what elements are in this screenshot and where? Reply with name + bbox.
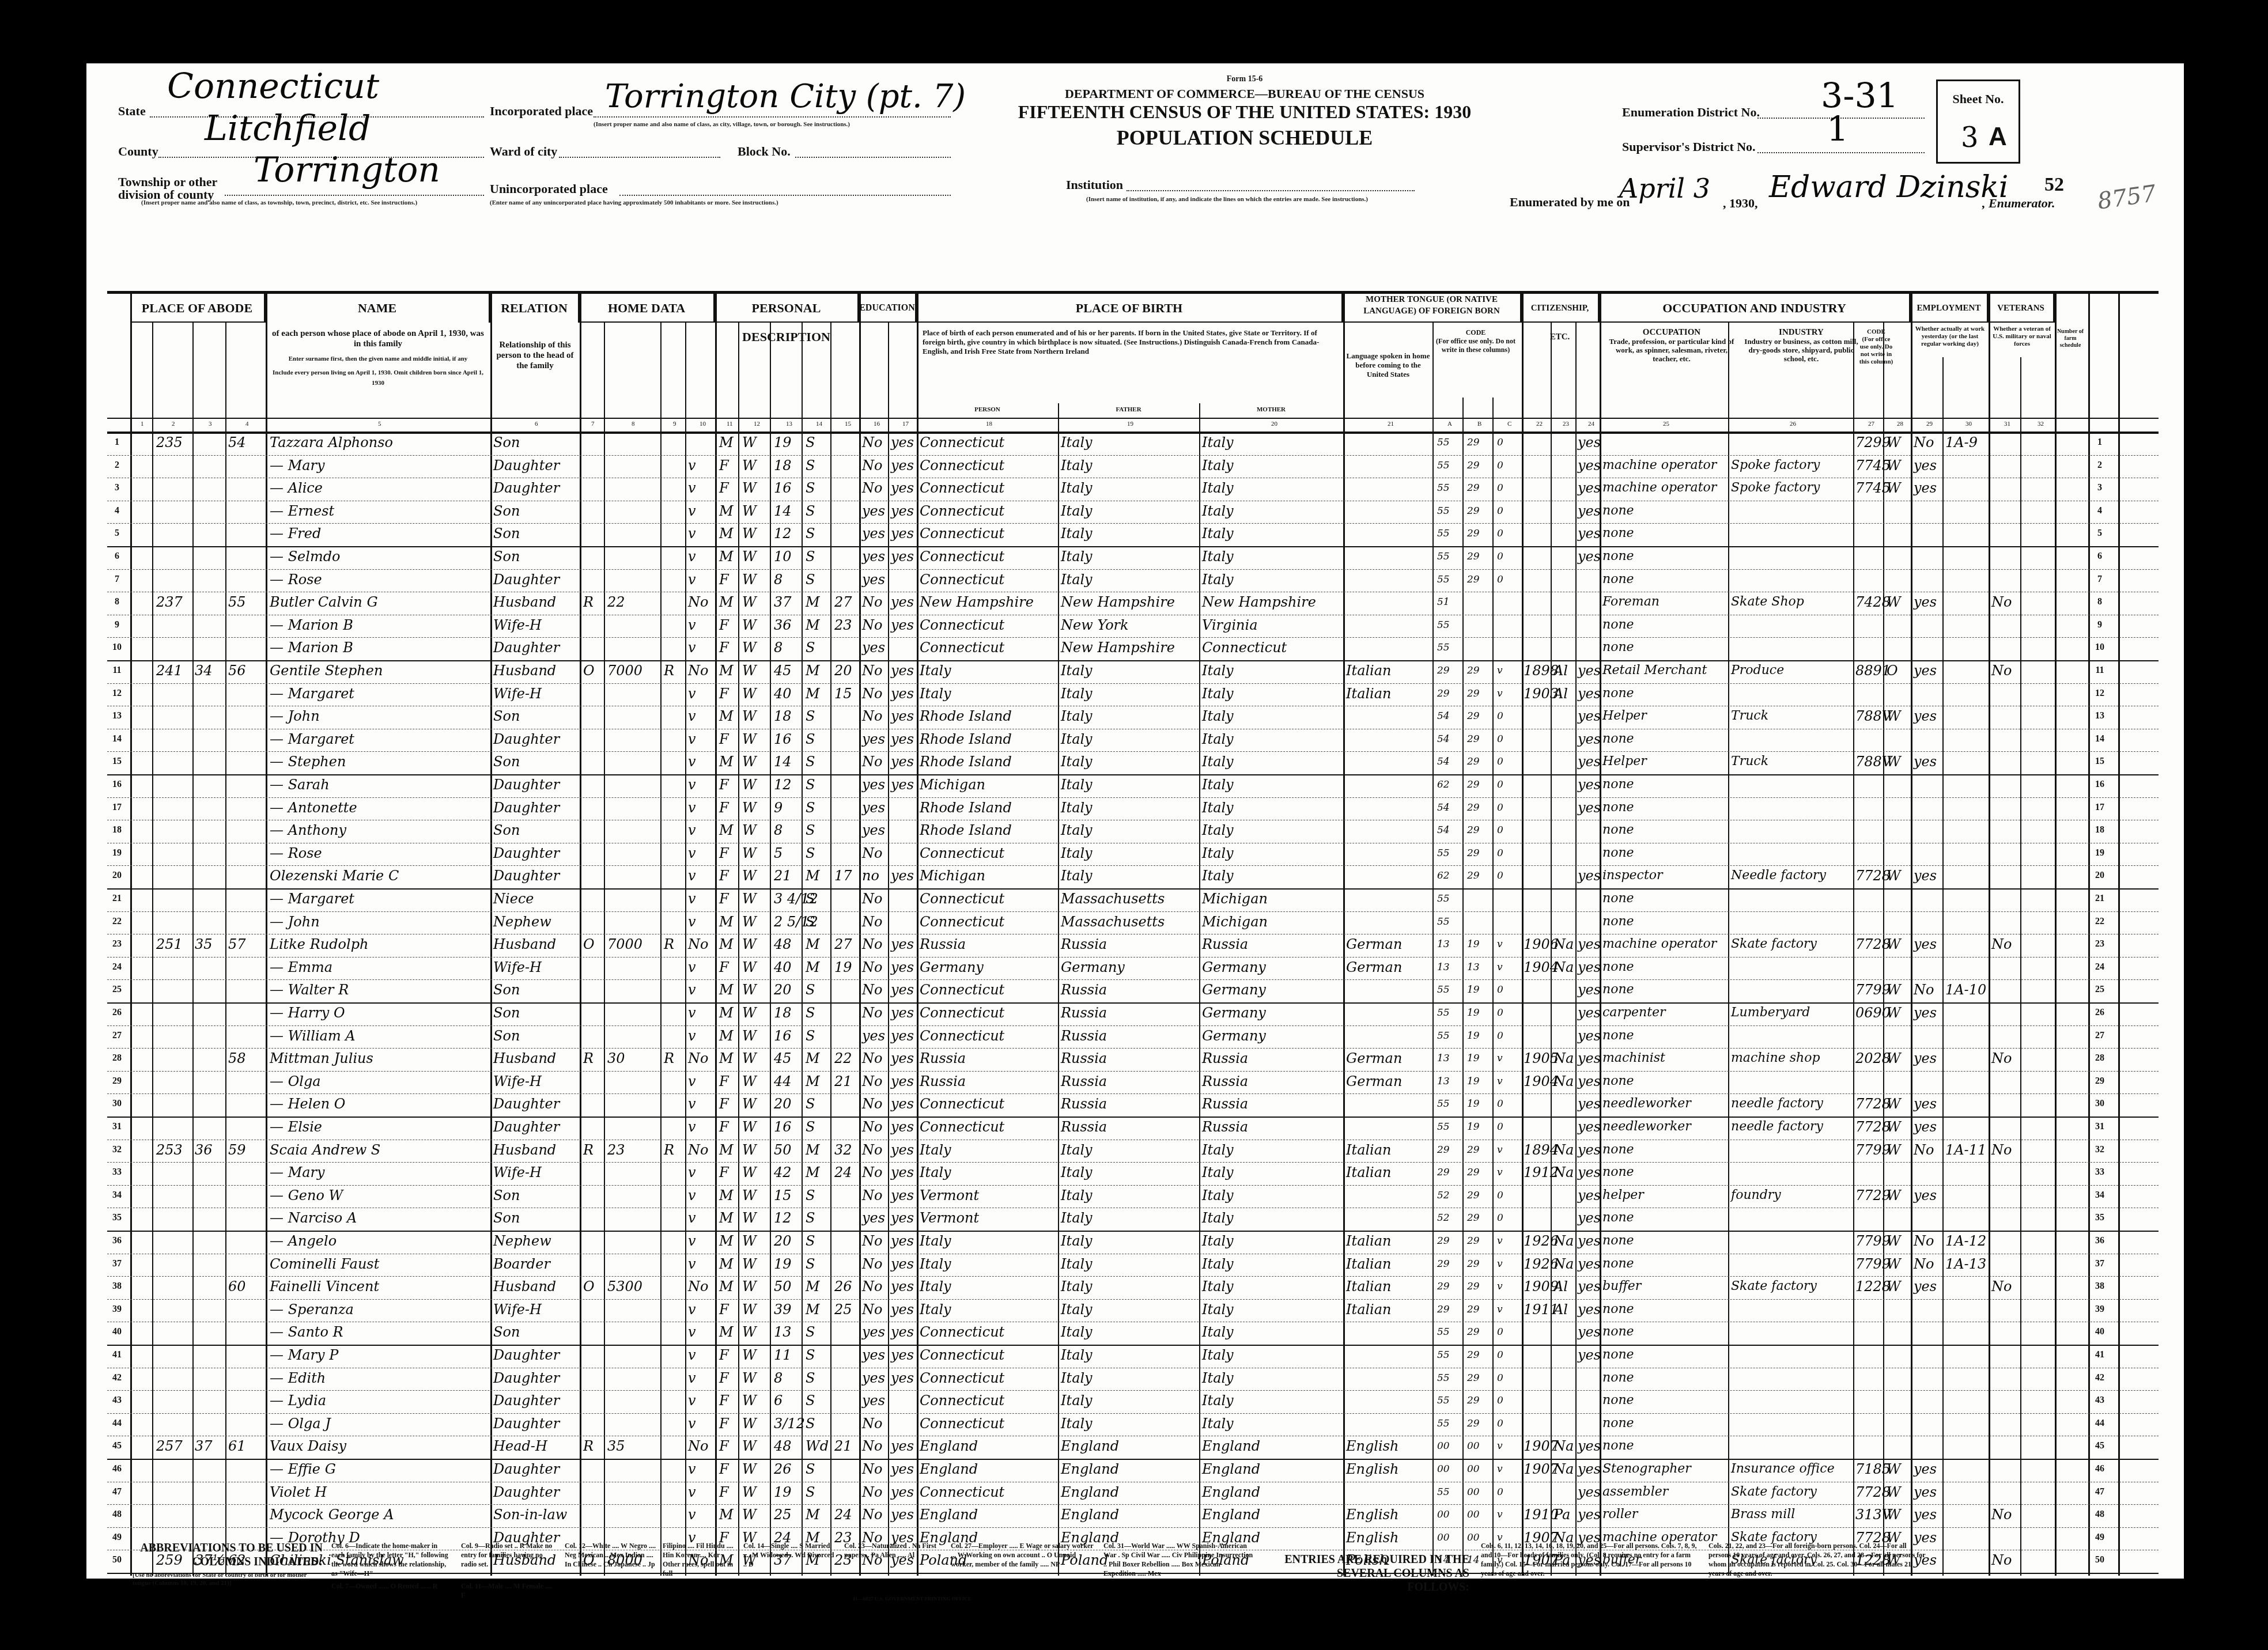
can-read-write: yes <box>891 1093 914 1117</box>
relation: Wife-H <box>493 957 542 980</box>
occupation-code: 7185 <box>1855 1459 1891 1482</box>
class-of-worker: W <box>1887 478 1901 501</box>
age: 5 <box>774 843 783 866</box>
code-c: 0 <box>1497 569 1503 592</box>
class-of-worker: W <box>1887 706 1901 729</box>
person-name: — Antonette <box>270 797 357 820</box>
person-name: Fainelli Vincent <box>270 1276 379 1299</box>
radio-set: R <box>664 660 674 683</box>
group-employment: EMPLOYMENT <box>1911 294 1989 323</box>
age: 20 <box>774 1231 792 1254</box>
race: W <box>742 979 757 1002</box>
dwelling-number: 34 <box>195 660 213 683</box>
birthplace-mother: Italy <box>1202 1276 1234 1299</box>
speaks-english: yes <box>1578 1254 1601 1277</box>
line-number: 28 <box>108 1048 126 1069</box>
person-name: — Santo R <box>270 1322 343 1345</box>
birthplace-mother: Italy <box>1202 1368 1234 1391</box>
age-at-marriage: 22 <box>834 1048 852 1071</box>
can-read-write: yes <box>891 1504 914 1527</box>
marital-status: S <box>806 979 815 1002</box>
table-row: 30— Helen ODaughtervFW20SNoyesConnecticu… <box>107 1093 2159 1118</box>
speaks-english: yes <box>1578 432 1601 455</box>
marital-status: S <box>806 1231 815 1254</box>
class-of-worker: W <box>1887 934 1901 957</box>
occupation: none <box>1602 797 1634 820</box>
birthplace-person: Connecticut <box>920 615 1004 638</box>
incorporated-note: (Insert proper name and also name of cla… <box>594 121 850 128</box>
can-read-write: yes <box>891 1025 914 1049</box>
occupation: none <box>1602 1299 1634 1322</box>
farm-flag: v <box>688 478 696 501</box>
relation: Daughter <box>493 637 560 660</box>
race: W <box>742 911 757 934</box>
speaks-english: yes <box>1578 1504 1601 1527</box>
group-relation: RELATION <box>490 294 580 323</box>
sex: M <box>719 706 734 729</box>
column-number: 24 <box>1588 421 1594 427</box>
birthplace-person: Connecticut <box>920 455 1004 478</box>
code-c: v <box>1497 1048 1503 1071</box>
race: W <box>742 751 757 774</box>
relation: Wife-H <box>493 1071 542 1094</box>
person-name: Cominelli Faust <box>270 1254 379 1277</box>
line-number-right: 27 <box>2091 1025 2108 1046</box>
industry: Skate factory <box>1731 1276 1817 1299</box>
person-name: Gentile Stephen <box>270 660 383 683</box>
mother-tongue: Italian <box>1346 1231 1392 1254</box>
age: 36 <box>774 615 792 638</box>
at-work: yes <box>1914 1504 1937 1527</box>
race: W <box>742 615 757 638</box>
column-number: 5 <box>378 421 381 427</box>
column-number: 27 <box>1868 421 1874 427</box>
race: W <box>742 1345 757 1368</box>
line-number: 42 <box>108 1368 126 1388</box>
line-number: 9 <box>108 615 126 635</box>
line-number: 41 <box>108 1345 126 1365</box>
race: W <box>742 1368 757 1391</box>
class-of-worker: W <box>1887 1504 1901 1527</box>
farm-flag: v <box>688 1185 696 1208</box>
name-instr: Enter surname first, then the given name… <box>271 354 485 364</box>
speaks-english: yes <box>1578 1093 1601 1117</box>
marital-status: M <box>806 683 820 706</box>
race: W <box>742 1185 757 1208</box>
sex: M <box>719 911 734 934</box>
code-a: 00 <box>1437 1459 1450 1482</box>
birthplace-person: Rhode Island <box>920 729 1012 752</box>
occupation-label: OCCUPATION <box>1602 328 1741 337</box>
speaks-english: yes <box>1578 1117 1601 1140</box>
person-name: — Effie G <box>270 1459 336 1482</box>
industry-header: INDUSTRY Industry or business, as cotton… <box>1744 328 1859 363</box>
attended-school: yes <box>862 1322 885 1345</box>
table-row: 123554Tazzara AlphonsoSonMW19SNoyesConne… <box>107 432 2159 456</box>
relation: Daughter <box>493 569 560 592</box>
code-a: 29 <box>1437 1299 1450 1322</box>
farm-flag: v <box>688 1482 696 1505</box>
race: W <box>742 432 757 455</box>
attended-school: No <box>862 478 882 501</box>
occupation: helper <box>1602 1185 1644 1208</box>
occupation-code: 7799 <box>1855 979 1891 1002</box>
birthplace-mother: England <box>1202 1436 1260 1459</box>
age: 16 <box>774 1025 792 1049</box>
occupation: none <box>1602 774 1634 797</box>
occupation: Helper <box>1602 751 1647 774</box>
person-name: — Fred <box>270 523 321 546</box>
occupation-code: 1228 <box>1855 1276 1891 1299</box>
person-name: — Rose <box>270 843 322 866</box>
birthplace-person: New Hampshire <box>920 592 1034 615</box>
birthplace-person: Connecticut <box>920 1390 1004 1413</box>
age: 50 <box>774 1140 792 1163</box>
can-read-write: yes <box>891 1345 914 1368</box>
birthplace-father: Italy <box>1061 1254 1093 1277</box>
occupation: machine operator <box>1602 934 1717 957</box>
line-number: 32 <box>108 1140 126 1160</box>
race: W <box>742 1276 757 1299</box>
farm-flag: v <box>688 637 696 660</box>
code-a: 52 <box>1437 1185 1450 1208</box>
age: 16 <box>774 478 792 501</box>
age-at-marriage: 25 <box>834 1299 852 1322</box>
person-name: Butler Calvin G <box>270 592 378 615</box>
code-b: 29 <box>1467 1322 1480 1345</box>
occupation: none <box>1602 729 1634 752</box>
birthplace-mother: Michigan <box>1202 888 1268 911</box>
person-name: — Elsie <box>270 1117 322 1140</box>
class-of-worker: W <box>1887 1276 1901 1299</box>
farm-flag: v <box>688 1345 696 1368</box>
speaks-english: yes <box>1578 1231 1601 1254</box>
table-row: 33— MaryWife-HvFW42M24NoyesItalyItalyIta… <box>107 1162 2159 1186</box>
birthplace-mother: Russia <box>1202 1071 1248 1094</box>
race: W <box>742 637 757 660</box>
footer-col27: Col. 27—Employer ..... E Wage or salary … <box>951 1541 1095 1569</box>
table-row: 6— SelmdoSonvMW10SyesyesConnecticutItaly… <box>107 546 2159 570</box>
can-read-write: yes <box>891 1299 914 1322</box>
attended-school: No <box>862 706 882 729</box>
race: W <box>742 683 757 706</box>
occupation: none <box>1602 1071 1634 1094</box>
at-work: yes <box>1914 1482 1937 1505</box>
birthplace-person: Connecticut <box>920 1322 1004 1345</box>
attended-school: No <box>862 751 882 774</box>
farm-flag: v <box>688 957 696 980</box>
line-number: 33 <box>108 1162 126 1183</box>
can-read-write: yes <box>891 1071 914 1094</box>
employment-desc: Whether actually at work yesterday (or t… <box>1912 326 1987 348</box>
age: 18 <box>774 706 792 729</box>
occupation: Stenographer <box>1602 1459 1691 1482</box>
code-b: 29 <box>1467 1185 1480 1208</box>
age: 15 <box>774 1185 792 1208</box>
column-number: 7 <box>591 421 595 427</box>
industry: Produce <box>1731 660 1784 683</box>
code-a: 55 <box>1437 888 1450 911</box>
speaks-english: yes <box>1578 1482 1601 1505</box>
birthplace-mother: Italy <box>1202 501 1234 524</box>
table-row: 43— LydiaDaughtervFW6SyesConnecticutItal… <box>107 1390 2159 1414</box>
birthplace-father: Italy <box>1061 660 1093 683</box>
county-value: Litchfield <box>205 108 371 149</box>
code-c: v <box>1497 957 1503 980</box>
code-a: 54 <box>1437 797 1450 820</box>
census-sheet: State Connecticut County Litchfield Town… <box>86 63 2184 1579</box>
birthplace-person: Michigan <box>920 774 985 797</box>
can-read-write: yes <box>891 1482 914 1505</box>
line-number-right: 20 <box>2091 865 2108 886</box>
occupation: needleworker <box>1602 1093 1691 1117</box>
mother-tongue: English <box>1346 1459 1398 1482</box>
at-work: yes <box>1914 934 1937 957</box>
marital-status: S <box>806 569 815 592</box>
farm-flag: v <box>688 1459 696 1482</box>
state-value: Connecticut <box>167 66 379 107</box>
occupation-code: 8891 <box>1855 660 1891 683</box>
sex: F <box>719 478 729 501</box>
birthplace-person: Rhode Island <box>920 706 1012 729</box>
race: W <box>742 1208 757 1231</box>
relation: Son <box>493 706 520 729</box>
sex: M <box>719 592 734 615</box>
birthplace-person: Connecticut <box>920 432 1004 455</box>
attended-school: No <box>862 1071 882 1094</box>
race: W <box>742 1504 757 1527</box>
home-value: 35 <box>607 1436 625 1459</box>
code-a: 00 <box>1437 1504 1450 1527</box>
institution-label: Institution <box>1066 177 1123 192</box>
marital-status: S <box>806 888 815 911</box>
code-b: 19 <box>1467 979 1480 1002</box>
age: 21 <box>774 865 792 888</box>
attended-school: No <box>862 1093 882 1117</box>
code-b: 29 <box>1467 455 1480 478</box>
column-number: 10 <box>700 421 706 427</box>
occupation: none <box>1602 1322 1634 1345</box>
dwelling-number: 35 <box>195 934 213 957</box>
code-b: 29 <box>1467 478 1480 501</box>
speaks-english: yes <box>1578 1208 1601 1231</box>
table-row: 20Olezenski Marie CDaughtervFW21M17noyes… <box>107 865 2159 890</box>
line-number-right: 13 <box>2091 706 2108 726</box>
marital-status: M <box>806 615 820 638</box>
marital-status: M <box>806 1140 820 1163</box>
house-number: 235 <box>156 432 183 455</box>
mother-tongue: Italian <box>1346 1162 1392 1185</box>
stamp-number: 8757 <box>2096 180 2157 215</box>
age-at-marriage: 27 <box>834 592 852 615</box>
attended-school: yes <box>862 523 885 546</box>
code-a: 55 <box>1437 478 1450 501</box>
marital-status: S <box>806 1368 815 1391</box>
at-work: yes <box>1914 478 1937 501</box>
occupation: none <box>1602 546 1634 569</box>
line-number-right: 19 <box>2091 843 2108 864</box>
attended-school: No <box>862 911 882 934</box>
relation: Wife-H <box>493 1162 542 1185</box>
speaks-english: yes <box>1578 478 1601 501</box>
veteran: No <box>1991 660 2012 683</box>
dwelling-number: 36 <box>195 1140 213 1163</box>
person-name: Vaux Daisy <box>270 1436 346 1459</box>
line-number-right: 16 <box>2091 774 2108 795</box>
birthplace-mother: England <box>1202 1482 1260 1505</box>
birthplace-person: Italy <box>920 1299 951 1322</box>
abbrev-note: [Use no abbreviations for State or count… <box>133 1571 323 1587</box>
age: 19 <box>774 1254 792 1277</box>
table-row: 25— Walter RSonvMW20SNoyesConnecticutRus… <box>107 979 2159 1004</box>
speaks-english: yes <box>1578 1185 1601 1208</box>
marital-status: S <box>806 501 815 524</box>
code-c: 0 <box>1497 478 1503 501</box>
can-read-write: yes <box>891 501 914 524</box>
code-c: 0 <box>1497 820 1503 843</box>
column-number: 28 <box>1897 421 1903 427</box>
column-number: 17 <box>902 421 909 427</box>
sex: F <box>719 1482 729 1505</box>
person-name: — Margaret <box>270 729 354 752</box>
attended-school: yes <box>862 569 885 592</box>
sex: F <box>719 1117 729 1140</box>
person-name: — Selmdo <box>270 546 341 569</box>
line-number: 12 <box>108 683 126 704</box>
person-name: Olezenski Marie C <box>270 865 399 888</box>
birthplace-father: Massachusetts <box>1061 888 1165 911</box>
group-place-of-abode: PLACE OF ABODE <box>130 294 266 323</box>
class-of-worker: W <box>1887 455 1901 478</box>
industry: machine shop <box>1731 1048 1820 1071</box>
column-number: 16 <box>874 421 880 427</box>
code-a: 55 <box>1437 843 1450 866</box>
birthplace-mother: Italy <box>1202 865 1234 888</box>
line-number-right: 11 <box>2091 660 2108 681</box>
birthplace-father: Italy <box>1061 1299 1093 1322</box>
table-row: 2858Mittman JuliusHusbandR30RNoMW45M22No… <box>107 1048 2159 1072</box>
naturalization: Pa <box>1553 1504 1570 1527</box>
relation: Son-in-law <box>493 1504 567 1527</box>
birthplace-father: Russia <box>1061 1002 1107 1025</box>
line-number: 23 <box>108 934 126 955</box>
code-a: 29 <box>1437 683 1450 706</box>
line-number: 1 <box>108 432 126 453</box>
occupation: none <box>1602 1140 1634 1163</box>
age: 37 <box>774 592 792 615</box>
speaks-english: yes <box>1578 1162 1601 1185</box>
birthplace-father: New York <box>1061 615 1129 638</box>
birthplace-person: Connecticut <box>920 1002 1004 1025</box>
footer-col9: Col. 9—Radio set .. R Make no entry for … <box>461 1541 556 1569</box>
birthplace-person: Connecticut <box>920 478 1004 501</box>
birthplace-person: Italy <box>920 1254 951 1277</box>
line-number-right: 8 <box>2091 592 2108 612</box>
line-number: 46 <box>108 1459 126 1479</box>
birthplace-mother: Italy <box>1202 1322 1234 1345</box>
code-b: 29 <box>1467 774 1480 797</box>
industry: needle factory <box>1731 1117 1823 1140</box>
marital-status: M <box>806 1048 820 1071</box>
column-number: 9 <box>673 421 676 427</box>
person-name: — Edith <box>270 1368 326 1391</box>
footer-col23: Col. 23—Naturalized . Na First papers ..… <box>844 1541 942 1560</box>
code-b: 29 <box>1467 729 1480 752</box>
house-number: 251 <box>156 934 183 957</box>
family-number: 58 <box>228 1048 246 1071</box>
birthplace-person: Connecticut <box>920 843 1004 866</box>
class-of-worker: W <box>1887 1048 1901 1071</box>
home-tenure: O <box>583 660 595 683</box>
birthplace-father: Italy <box>1061 1322 1093 1345</box>
column-number: 3 <box>209 421 212 427</box>
relation: Son <box>493 546 520 569</box>
race: W <box>742 1231 757 1254</box>
birthplace-person: England <box>920 1436 978 1459</box>
can-read-write: yes <box>891 957 914 980</box>
birthplace-mother: Germany <box>1202 1025 1266 1049</box>
table-row: 12— MargaretWife-HvFW40M15NoyesItalyItal… <box>107 683 2159 707</box>
line-number: 14 <box>108 729 126 750</box>
birthplace-person: Connecticut <box>920 1345 1004 1368</box>
relation: Nephew <box>493 911 551 934</box>
mother-tongue: English <box>1346 1504 1398 1527</box>
marital-status: S <box>806 706 815 729</box>
code-b: 00 <box>1467 1482 1480 1505</box>
can-read-write: yes <box>891 1117 914 1140</box>
line-number: 11 <box>108 660 126 681</box>
industry: Spoke factory <box>1731 455 1820 478</box>
table-row: 27— William ASonvMW16SyesyesConnecticutR… <box>107 1025 2159 1049</box>
birthplace-mother: Italy <box>1202 751 1234 774</box>
unemployment-line: 1A-13 <box>1945 1254 1986 1277</box>
industry: foundry <box>1731 1185 1781 1208</box>
age-at-marriage: 26 <box>834 1276 852 1299</box>
mother-tongue: Italian <box>1346 660 1392 683</box>
birthplace-person: Connecticut <box>920 546 1004 569</box>
table-row: 9— Marion BWife-HvFW36M23NoyesConnecticu… <box>107 615 2159 638</box>
race: W <box>742 865 757 888</box>
naturalization: Na <box>1553 1254 1574 1277</box>
farm-flag: v <box>688 1025 696 1049</box>
can-read-write: yes <box>891 751 914 774</box>
birthplace-mother: Italy <box>1202 569 1234 592</box>
birthplace-person: Italy <box>920 1276 951 1299</box>
birthplace-person: England <box>920 1459 978 1482</box>
occupation: none <box>1602 501 1634 524</box>
naturalization: Na <box>1553 1162 1574 1185</box>
attended-school: yes <box>862 1368 885 1391</box>
line-number: 20 <box>108 865 126 886</box>
class-of-worker: W <box>1887 1482 1901 1505</box>
township-note: (Insert proper name and also name of cla… <box>141 199 417 206</box>
birthplace-father: England <box>1061 1482 1119 1505</box>
occupation: none <box>1602 637 1634 660</box>
code-a: 55 <box>1437 455 1450 478</box>
code-c: 0 <box>1497 546 1503 569</box>
home-value: 5300 <box>607 1276 642 1299</box>
table-row: 10— Marion BDaughtervFW8SyesConnecticutN… <box>107 637 2159 661</box>
unincorporated-line <box>619 195 951 196</box>
table-row: 17— AntonetteDaughtervFW9SyesRhode Islan… <box>107 797 2159 821</box>
veteran: No <box>1991 1504 2012 1527</box>
race: W <box>742 843 757 866</box>
relation: Daughter <box>493 455 560 478</box>
birthplace-person: Rhode Island <box>920 797 1012 820</box>
farm-flag: v <box>688 706 696 729</box>
age: 9 <box>774 797 783 820</box>
farm-flag: v <box>688 1504 696 1527</box>
